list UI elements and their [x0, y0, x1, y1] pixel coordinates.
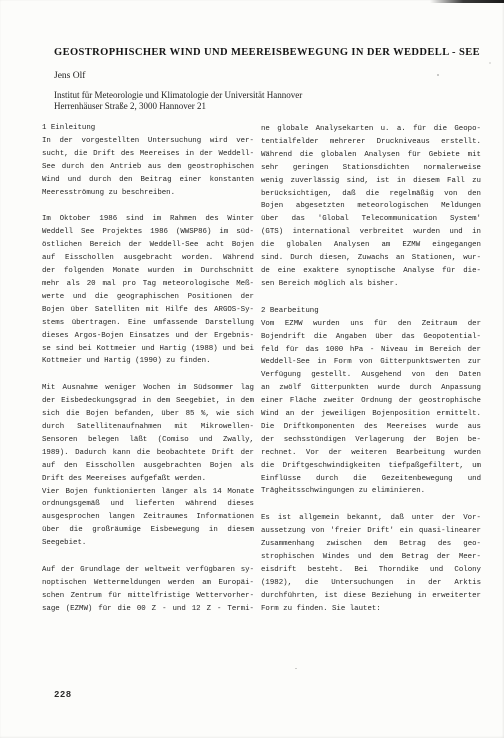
- text-line: sen Bereich möglich als bisher.: [261, 278, 481, 291]
- text-line: (GTS) international verbreitet wurden un…: [261, 226, 481, 239]
- column-right: ne globale Analysekarten u. a. für die G…: [261, 123, 481, 616]
- text-line: 1 Einleitung: [42, 122, 254, 135]
- text-line: über das 'Global Telecommunication Syste…: [261, 213, 481, 226]
- text-line: Mit Ausnahme weniger Wochen im Südsommer…: [42, 382, 254, 395]
- paragraph: ne globale Analysekarten u. a. für die G…: [261, 123, 481, 291]
- text-line: Im Oktober 1986 sind im Rahmen des Winte…: [42, 213, 254, 226]
- text-line: östlichen Bereich der Weddell-See acht B…: [42, 239, 254, 252]
- text-line: an zwölf Gitterpunkten wurde durch Anpas…: [261, 382, 481, 395]
- text-line: die globalen Analysen am EZMW eingegange…: [261, 239, 481, 252]
- affiliation: Institut für Meteorologie und Klimatolog…: [54, 90, 454, 111]
- text-line: Während die globalen Analysen für Gebiet…: [261, 149, 481, 162]
- text-line: auf den Eisschollen ausgebrachten Bojen …: [42, 460, 254, 473]
- paper-header: GEOSTROPHISCHER WIND UND MEEREISBEWEGUNG…: [54, 47, 454, 111]
- text-line: tentialfelder mehrerer Druckniveaus erst…: [261, 136, 481, 149]
- text-line: Zusammenhang zwischen dem Betrag des geo…: [261, 538, 481, 551]
- paragraph: 1 EinleitungIn der vorgestellten Untersu…: [42, 122, 254, 199]
- text-line: feld für das 1000 hPa - Niveau im Bereic…: [261, 344, 481, 357]
- text-line: rechnet. Vor der weiteren Bearbeitung wu…: [261, 447, 481, 460]
- text-line: 1989). Dadurch kann die beobachtete Drif…: [42, 447, 254, 460]
- text-line: noptischen Wettermeldungen werden am Eur…: [42, 577, 254, 590]
- page-number: 228: [54, 690, 72, 700]
- text-line: Einflüsse durch die Gezeitenbewegung und: [261, 473, 481, 486]
- scan-speck: [295, 668, 297, 669]
- paper-title: GEOSTROPHISCHER WIND UND MEEREISBEWEGUNG…: [54, 47, 454, 58]
- text-line: Wind an der jeweiligen Bojenposition erm…: [261, 408, 481, 421]
- text-line: durchführten, ist diese Beziehung in erw…: [261, 590, 481, 603]
- text-line: se sind bei Kottmeier und Hartig (1988) …: [42, 343, 254, 356]
- text-line: eisdrift besteht. Bei Thorndike und Colo…: [261, 564, 481, 577]
- text-line: sage (EZMW) für die 00 Z - und 12 Z - Te…: [42, 603, 254, 616]
- text-line: aussetzung von 'freier Drift' ein quasi-…: [261, 525, 481, 538]
- text-line: Weddell See Projektes 1986 (WWSP86) im s…: [42, 226, 254, 239]
- text-line: Meeresströmung zu beschreiben.: [42, 187, 254, 200]
- paragraph: Es ist allgemein bekannt, daß unter der …: [261, 512, 481, 615]
- paragraph: Im Oktober 1986 sind im Rahmen des Winte…: [42, 213, 254, 368]
- text-line: ausgesprochen langen Zeitraumes Informat…: [42, 511, 254, 524]
- author-name: Jens Olf: [54, 71, 454, 81]
- text-line: strophischen Windes und dem Betrag der M…: [261, 551, 481, 564]
- text-line: die Driftgeschwindigkeiten tiefpaßgefilt…: [261, 460, 481, 473]
- text-line: berücksichtigen, daß die regelmäßig von …: [261, 188, 481, 201]
- text-line: de eine exaktere synoptische Analyse für…: [261, 265, 481, 278]
- text-line: Seegebiet.: [42, 537, 254, 550]
- text-line: 2 Bearbeitung: [261, 305, 481, 318]
- text-line: Weddell-See in Form von Gitterpunktswert…: [261, 356, 481, 369]
- scan-speck: [489, 62, 491, 64]
- text-line: sucht, die Drift des Meereises in der We…: [42, 148, 254, 161]
- paragraph: Mit Ausnahme weniger Wochen im Südsommer…: [42, 382, 254, 485]
- text-line: einer Fläche zweiter Ordnung der geostro…: [261, 395, 481, 408]
- text-line: Vom EZMW wurden uns für den Zeitraum der: [261, 318, 481, 331]
- text-line: Es ist allgemein bekannt, daß unter der …: [261, 512, 481, 525]
- affiliation-line-1: Institut für Meteorologie und Klimatolog…: [54, 90, 454, 101]
- text-line: sehr geringen Stationsdichten normalerwe…: [261, 162, 481, 175]
- text-line: Sensoren belegen läßt (Comiso und Zwally…: [42, 434, 254, 447]
- text-line: Trägheitsschwingungen zu eliminieren.: [261, 485, 481, 498]
- text-line: durch Satellitenaufnahmen mit Mikrowelle…: [42, 421, 254, 434]
- paragraph: Auf der Grundlage der weltweit verfügbar…: [42, 564, 254, 616]
- text-line: Wind und durch den Beitrag einer konstan…: [42, 174, 254, 187]
- text-line: Bojen über Satelliten mit Hilfe des ARGO…: [42, 304, 254, 317]
- scanned-paper-page: GEOSTROPHISCHER WIND UND MEEREISBEWEGUNG…: [0, 0, 504, 738]
- text-line: Verfügung gestellt. Ausgehend von den Da…: [261, 369, 481, 382]
- paragraph: 2 BearbeitungVom EZMW wurden uns für den…: [261, 305, 481, 499]
- text-line: See durch den Antrieb aus dem geostrophi…: [42, 161, 254, 174]
- column-left: 1 EinleitungIn der vorgestellten Untersu…: [42, 122, 254, 616]
- text-line: sind. Durch diesen, Zuwachs an Stationen…: [261, 252, 481, 265]
- text-line: Form zu finden. Sie lautet:: [261, 603, 481, 616]
- text-line: (1982), die Untersuchungen in der Arktis: [261, 577, 481, 590]
- text-line: Vier Bojen funktionierten länger als 14 …: [42, 486, 254, 499]
- text-line: der sechsstündigen Verlagerung der Bojen…: [261, 434, 481, 447]
- text-line: In der vorgestellten Untersuchung wird v…: [42, 135, 254, 148]
- text-line: mehr als 20 mal pro Tag meteorologische …: [42, 278, 254, 291]
- text-line: der Eisbedeckungsgrad in dem Seegebiet, …: [42, 395, 254, 408]
- text-line: über die großräumige Eisbewegung in dies…: [42, 524, 254, 537]
- text-line: Die Driftkomponenten des Meereises wurde…: [261, 421, 481, 434]
- text-line: der folgenden Monate wurden im Durchschn…: [42, 265, 254, 278]
- text-line: sich die Bojen befanden, über 85 %, wie …: [42, 408, 254, 421]
- text-line: ne globale Analysekarten u. a. für die G…: [261, 123, 481, 136]
- text-line: stems übertragen. Eine umfassende Darste…: [42, 317, 254, 330]
- affiliation-line-2: Herrenhäuser Straße 2, 3000 Hannover 21: [54, 101, 454, 112]
- text-line: werte und die geographischen Positionen …: [42, 291, 254, 304]
- paragraph: Vier Bojen funktionierten länger als 14 …: [42, 486, 254, 551]
- text-line: Drift des Meereises aufgefaßt werden.: [42, 473, 254, 486]
- scan-artifact-strip: [430, 0, 504, 3]
- text-line: Kottmeier und Hartig (1990) zu finden.: [42, 355, 254, 368]
- text-line: dieses Argos-Bojen Einsatzes und der Erg…: [42, 330, 254, 343]
- text-line: Bojen abgesetzten meteorologischen Meldu…: [261, 200, 481, 213]
- text-line: schen Zentrum für mittelfristige Wetterv…: [42, 590, 254, 603]
- text-line: Auf der Grundlage der weltweit verfügbar…: [42, 564, 254, 577]
- text-line: ordnungsgemäß und lieferten während dies…: [42, 498, 254, 511]
- text-line: Bojendrift die Angaben über das Geopoten…: [261, 331, 481, 344]
- text-line: auf Eisschollen ausgebracht worden. Währ…: [42, 252, 254, 265]
- text-line: wenig zuverlässig sind, ist in diesem Fa…: [261, 175, 481, 188]
